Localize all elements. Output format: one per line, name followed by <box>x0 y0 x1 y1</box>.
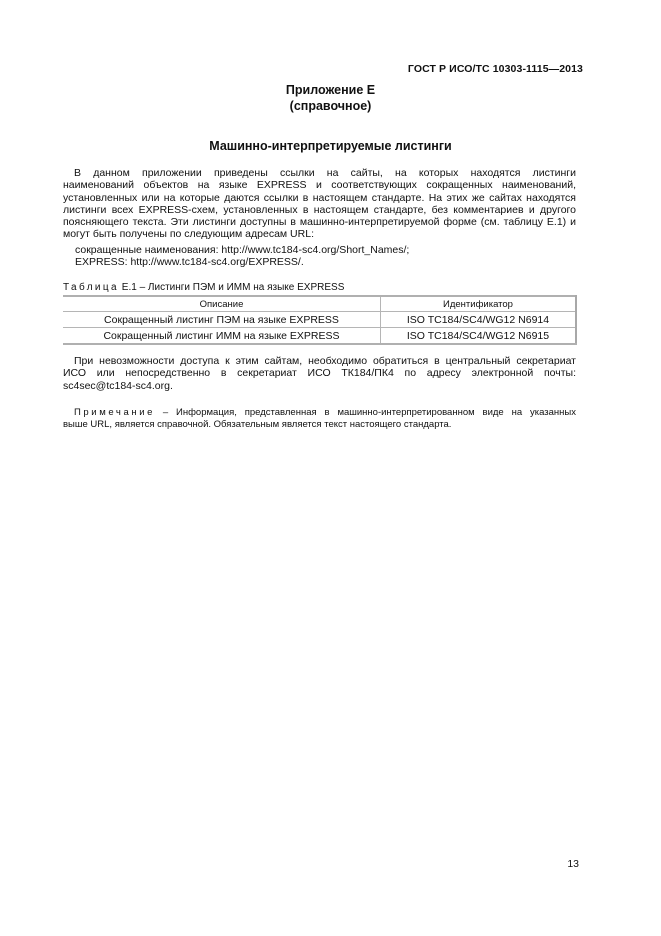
annex-title: Приложение Е <box>0 82 661 98</box>
cell-description: Сокращенный листинг ИММ на языке EXPRESS <box>63 328 381 345</box>
contact-email[interactable]: sc4sec@tc184-sc4.org. <box>63 380 576 392</box>
note-label: Примечание <box>74 407 155 418</box>
cell-description: Сокращенный листинг ПЭМ на языке EXPRESS <box>63 312 381 328</box>
cell-identifier: ISO TC184/SC4/WG12 N6914 <box>381 312 577 328</box>
note-line: Примечание – Информация, представленная … <box>63 407 576 419</box>
note-line: выше URL, является справочной. Обязатель… <box>63 419 576 431</box>
table-header-row: Описание Идентификатор <box>63 296 576 312</box>
table-caption-prefix: Таблица <box>63 282 119 293</box>
paragraph-line: наименований объектов на языке EXPRESS и… <box>63 179 576 191</box>
annex-subtitle: (справочное) <box>0 98 661 114</box>
contact-paragraph: При невозможности доступа к этим сайтам,… <box>63 355 576 392</box>
document-page: ГОСТ Р ИСО/ТС 10303-1115—2013 Приложение… <box>0 0 661 936</box>
column-header-description: Описание <box>63 296 381 312</box>
paragraph-line: поясняющего текста. Эти листинги доступн… <box>63 216 576 228</box>
column-header-identifier: Идентификатор <box>381 296 577 312</box>
paragraph-line: листинги всех EXPRESS-схем, установленны… <box>63 204 576 216</box>
table-caption: Таблица Е.1 – Листинги ПЭМ и ИММ на язык… <box>63 282 344 293</box>
short-names-url[interactable]: сокращенные наименования: http://www.tc1… <box>75 244 409 256</box>
intro-paragraph: В данном приложении приведены ссылки на … <box>63 167 576 241</box>
paragraph-line: могут быть получены по следующим адресам… <box>63 228 576 240</box>
table-caption-text: Е.1 – Листинги ПЭМ и ИММ на языке EXPRES… <box>119 282 344 293</box>
standard-code-header: ГОСТ Р ИСО/ТС 10303-1115—2013 <box>408 63 583 75</box>
note-text: – Информация, представленная в машинно-и… <box>155 407 576 418</box>
paragraph-line: В данном приложении приведены ссылки на … <box>63 167 576 179</box>
section-title: Машинно-интерпретируемые листинги <box>0 139 661 153</box>
paragraph-line: установленных или на которые даются ссыл… <box>63 192 576 204</box>
listings-table: Описание Идентификатор Сокращенный листи… <box>63 295 577 345</box>
paragraph-line: При невозможности доступа к этим сайтам,… <box>63 355 576 367</box>
page-number: 13 <box>567 858 579 870</box>
note-block: Примечание – Информация, представленная … <box>63 407 576 430</box>
table-row: Сокращенный листинг ПЭМ на языке EXPRESS… <box>63 312 576 328</box>
paragraph-line: ИСО или непосредственно в секретариат ИС… <box>63 367 576 379</box>
table-row: Сокращенный листинг ИММ на языке EXPRESS… <box>63 328 576 345</box>
express-url[interactable]: EXPRESS: http://www.tc184-sc4.org/EXPRES… <box>75 256 304 268</box>
cell-identifier: ISO TC184/SC4/WG12 N6915 <box>381 328 577 345</box>
